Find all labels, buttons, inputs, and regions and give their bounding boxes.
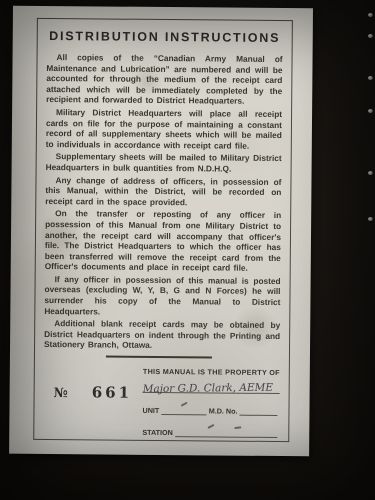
binder-ring-icon (368, 76, 373, 80)
md-no-label: M.D. No. (209, 406, 238, 415)
binder-ring-icon (368, 217, 373, 221)
station-row: STATION (142, 427, 279, 437)
card-title: DISTRIBUTION INSTRUCTIONS (47, 29, 283, 45)
card-border: DISTRIBUTION INSTRUCTIONS All copies of … (33, 18, 293, 442)
binder-ring-icon (368, 109, 373, 113)
pencil-mark (181, 401, 188, 406)
paragraph-3: Supplementary sheets will be mailed to M… (46, 151, 282, 174)
section-divider (106, 356, 212, 358)
owner-name-line: Major G.D. Clark, AEME (143, 376, 280, 393)
binder-ring-icon (368, 13, 373, 17)
owner-handwritten-name: Major G.D. Clark, AEME (143, 381, 274, 395)
paragraph-1: All copies of the “Canadian Army Manual … (46, 52, 282, 107)
pencil-mark (234, 426, 241, 428)
ownership-block: THIS MANUAL IS THE PROPERTY OF Major G.D… (142, 364, 280, 437)
paragraph-5: On the transfer or reposting of any offi… (45, 208, 282, 274)
distribution-card: DISTRIBUTION INSTRUCTIONS All copies of … (9, 6, 313, 457)
station-fill-line (175, 429, 278, 438)
serial-number-block: №661 (43, 364, 143, 437)
paragraph-2: Military District Headquarters will plac… (46, 107, 282, 151)
paragraph-6: If any officer in possession of this man… (44, 274, 280, 318)
station-label: STATION (142, 427, 173, 436)
unit-label: UNIT (143, 405, 160, 414)
numero-symbol: № (54, 386, 68, 401)
md-no-fill-line (239, 407, 277, 415)
pencil-mark (208, 423, 215, 428)
unit-row: UNIT M.D. No. (143, 405, 280, 415)
binder-ring-icon (368, 171, 373, 175)
paragraph-7: Additional blank receipt cards may be ob… (44, 318, 280, 352)
serial-number: 661 (92, 383, 132, 401)
unit-fill-line (161, 407, 206, 415)
paragraph-4: Any change of address of officers, in po… (45, 175, 281, 209)
bottom-section: №661 THIS MANUAL IS THE PROPERTY OF Majo… (43, 364, 280, 438)
card-content: DISTRIBUTION INSTRUCTIONS All copies of … (34, 19, 292, 441)
ownership-heading: THIS MANUAL IS THE PROPERTY OF (143, 366, 280, 376)
binder-ring-icon (368, 34, 373, 38)
photo-background: DISTRIBUTION INSTRUCTIONS All copies of … (0, 0, 375, 500)
